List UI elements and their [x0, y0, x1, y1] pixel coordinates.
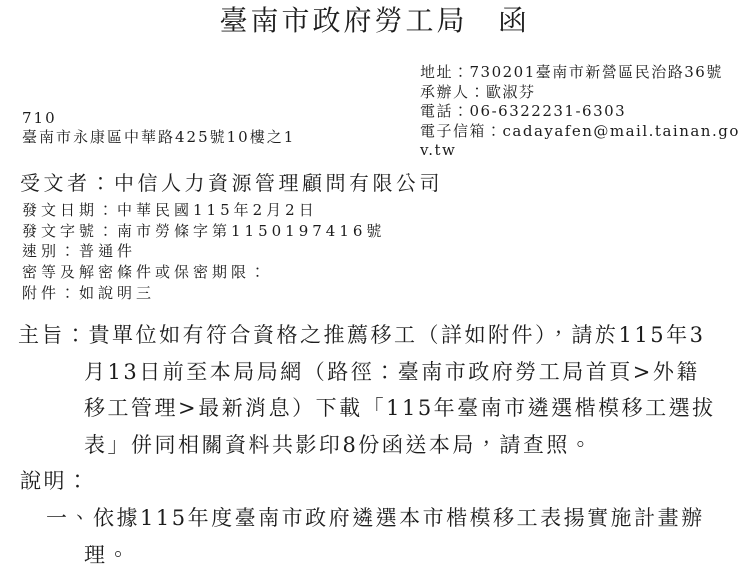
sender-contact-block: 地址：730201臺南市新營區民治路36號 承辦人：歐淑芬 電話：06-6322… [420, 63, 742, 161]
subject-line: 月13日前至本局局網（路徑：臺南市政府勞工局首頁>外籍 [84, 354, 749, 391]
explanation-item-line: 理。 [84, 537, 749, 569]
recipient-zip-code: 710 [22, 109, 295, 128]
document-title: 臺南市政府勞工局 函 [0, 5, 749, 37]
recipient-line: 受文者：中信人力資源管理顧問有限公司 [20, 171, 443, 196]
explanation-item-line: 一、依據115年度臺南市政府遴選本市楷模移工表揚實施計畫辦 [46, 500, 749, 537]
recipient-postal-block: 710 臺南市永康區中華路425號10樓之1 [22, 109, 295, 147]
subject-line: 主旨：貴單位如有符合資格之推薦移工（詳如附件），請於115年3 [18, 317, 749, 354]
document-meta-block: 發文日期：中華民國115年2月2日 發文字號：南市勞條字第1150197416號… [22, 200, 385, 304]
meta-issue-date: 發文日期：中華民國115年2月2日 [22, 200, 385, 221]
subject-line: 移工管理>最新消息）下載「115年臺南市遴選楷模移工選拔 [84, 390, 749, 427]
letter-body: 主旨：貴單位如有符合資格之推薦移工（詳如附件），請於115年3 月13日前至本局… [0, 317, 749, 569]
sender-address: 地址：730201臺南市新營區民治路36號 [420, 63, 742, 83]
meta-priority: 速別：普通件 [22, 241, 385, 262]
meta-security: 密等及解密條件或保密期限： [22, 262, 385, 283]
explanation-heading: 說明： [20, 463, 749, 500]
sender-email: 電子信箱：cadayafen@mail.tainan.gov.tw [420, 122, 742, 161]
meta-attachment: 附件：如說明三 [22, 283, 385, 304]
meta-doc-number: 發文字號：南市勞條字第1150197416號 [22, 221, 385, 242]
recipient-postal-address: 臺南市永康區中華路425號10樓之1 [22, 128, 295, 147]
official-letter-page: 臺南市政府勞工局 函 地址：730201臺南市新營區民治路36號 承辦人：歐淑芬… [0, 0, 749, 569]
sender-phone: 電話：06-6322231-6303 [420, 102, 742, 122]
subject-line: 表」併同相關資料共影印8份函送本局，請查照。 [84, 427, 749, 464]
sender-contact-person: 承辦人：歐淑芬 [420, 83, 742, 103]
